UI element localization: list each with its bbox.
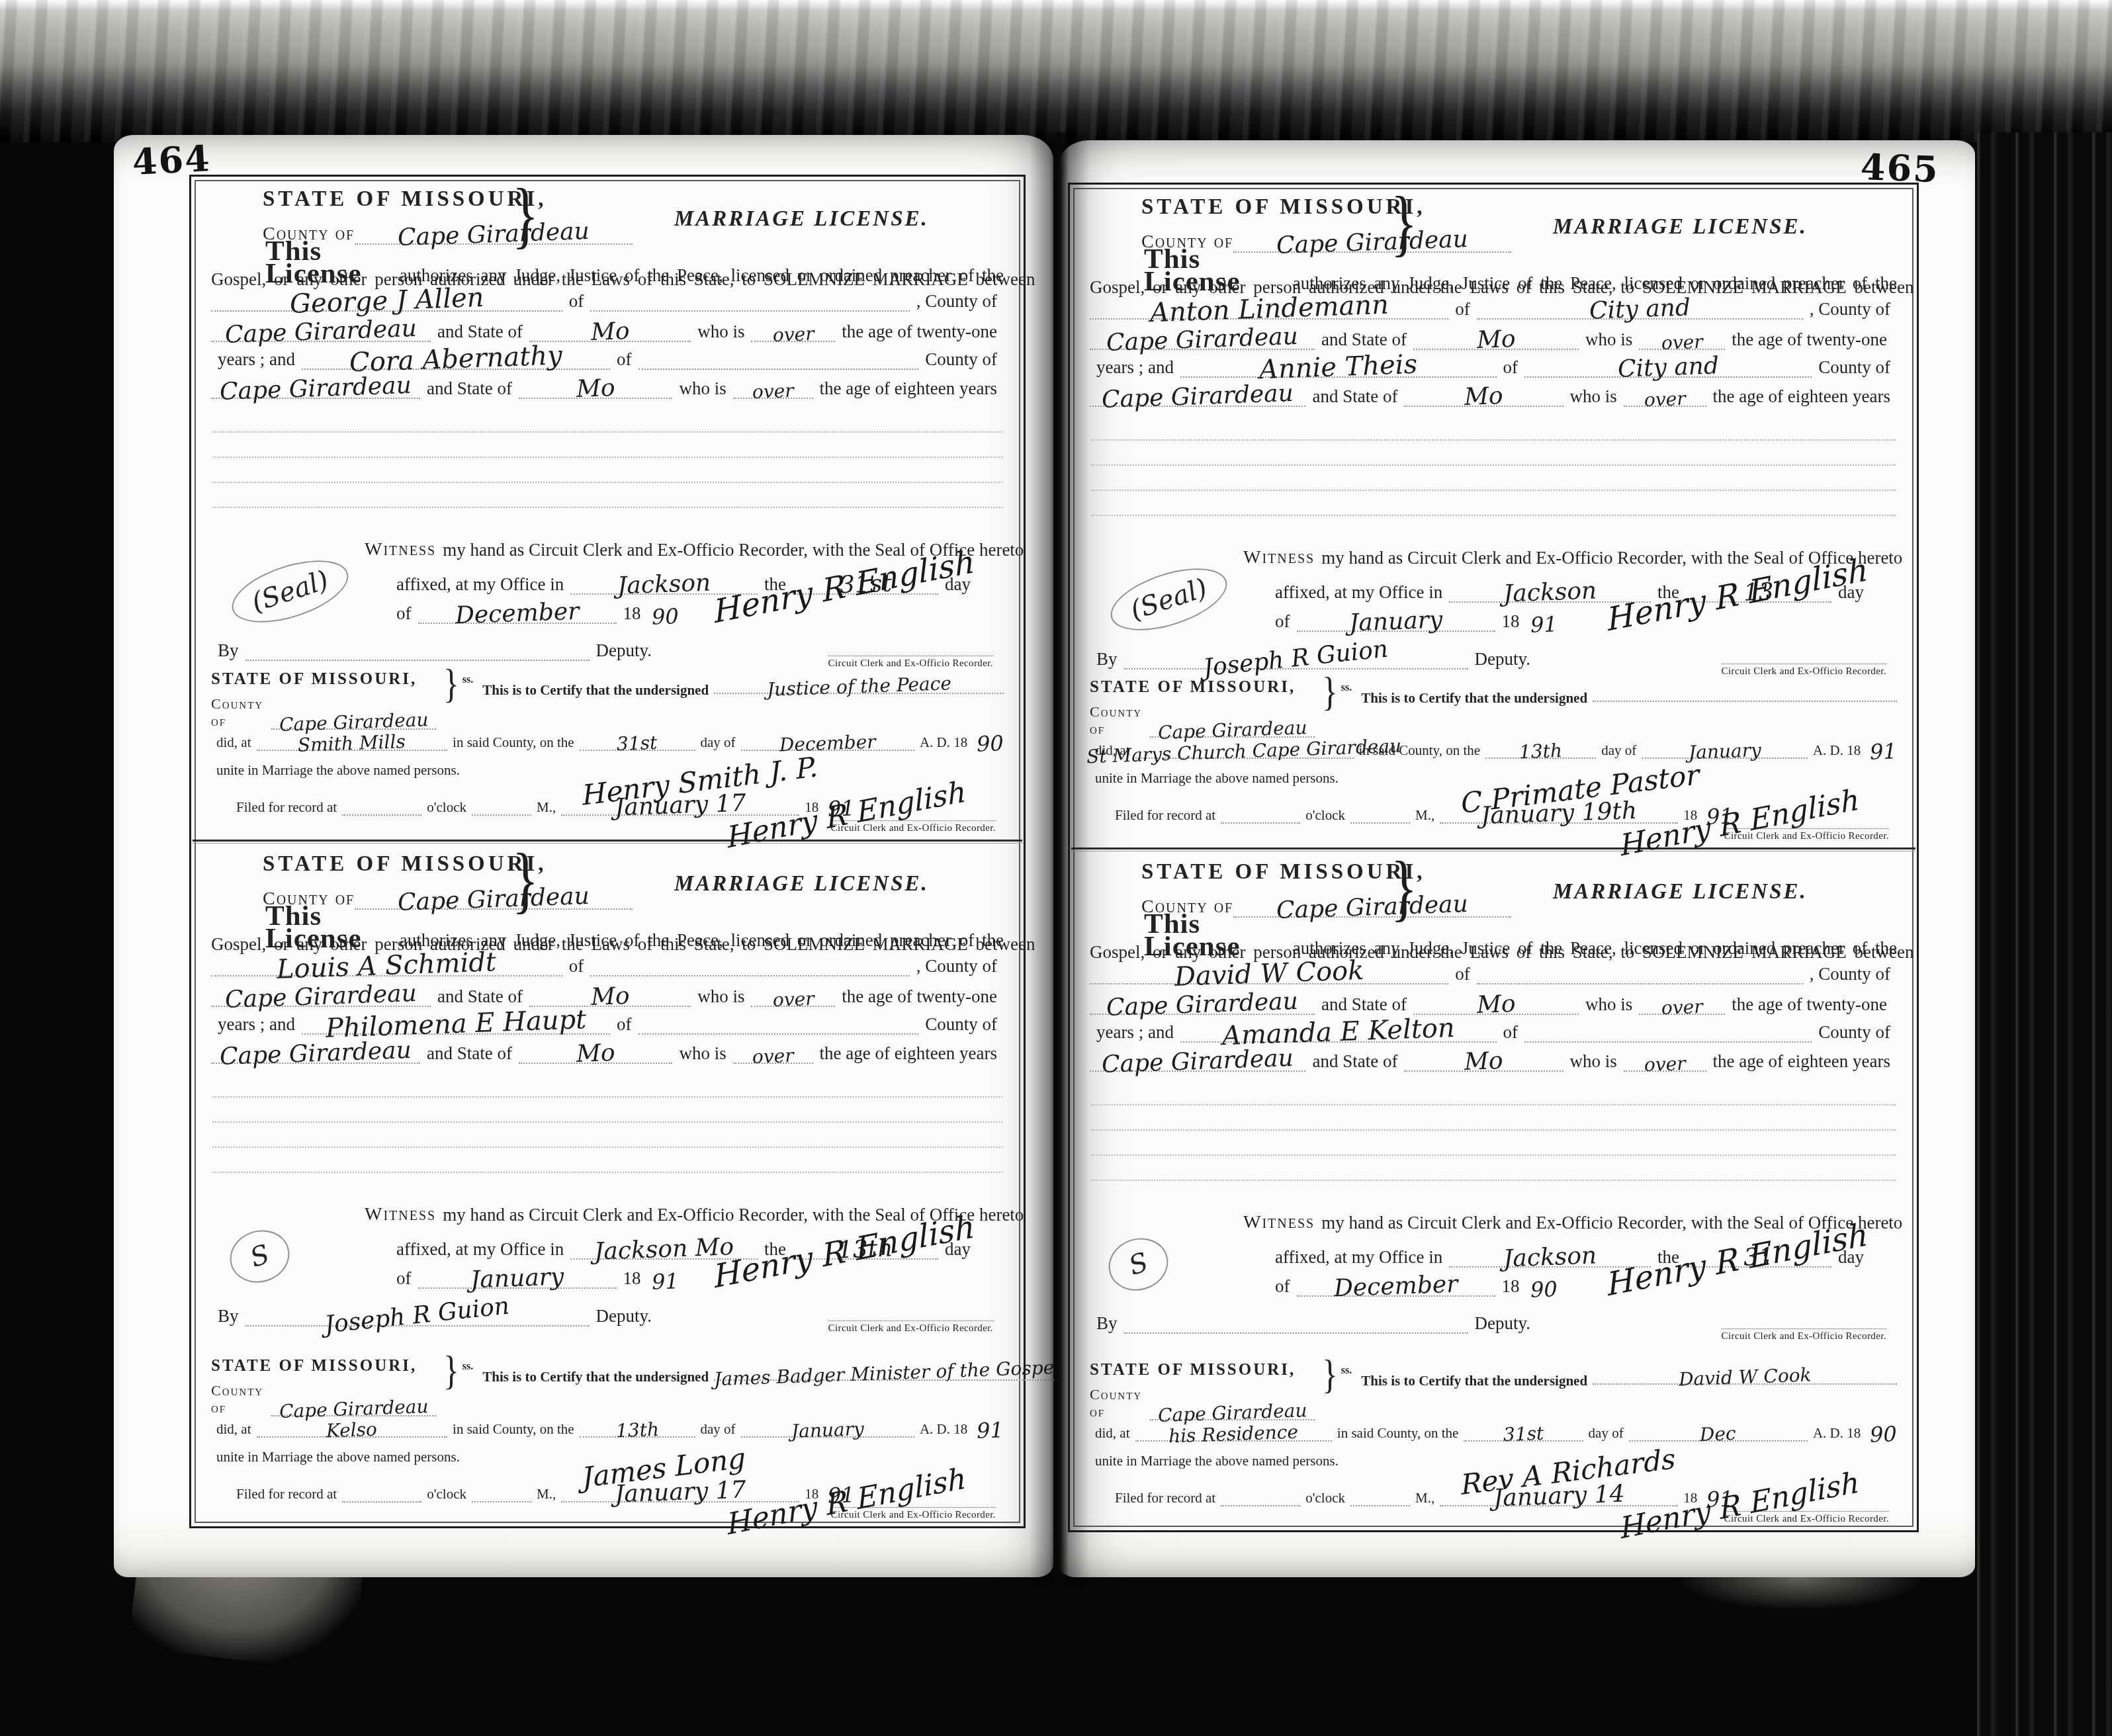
certify-county-slot: Cape Girardeau — [271, 706, 436, 730]
blank-line — [212, 1096, 1002, 1098]
groom-over: over — [772, 991, 814, 1008]
certify-brace-icon: } — [1322, 678, 1338, 707]
filed-label: Filed for record at — [1110, 1490, 1221, 1506]
office-year: 91 — [651, 1272, 679, 1291]
who-is-label: who is — [1579, 329, 1639, 350]
paragraph-text-2: Gospel, or any other person authorized u… — [211, 269, 1035, 290]
marriage-month-slot: January — [741, 1414, 914, 1438]
age-21-label: the age of twenty-one — [1725, 329, 1894, 350]
filed-meridiem-slot — [1350, 800, 1410, 824]
groom-state-slot: Mo — [529, 318, 691, 342]
marriage-day: 31st — [1503, 1426, 1544, 1443]
groom-name: David W Cook — [1174, 959, 1364, 988]
marriage-month: January — [791, 1421, 864, 1440]
county-of-label: County of — [1812, 357, 1897, 378]
deputy-label: Deputy. — [1468, 649, 1537, 670]
bride-county-row: Cape Girardeau and State of Mo who is ov… — [211, 375, 1004, 399]
bride-name-slot: Cora Abernathy — [302, 346, 610, 370]
of-label: of — [562, 956, 591, 976]
certify-county-line: County of Cape Girardeau — [1090, 1386, 1315, 1420]
certify-row: STATE OF MISSOURI, County of Cape Girard… — [211, 670, 1004, 730]
bride-name-slot: Amanda E Kelton — [1180, 1019, 1497, 1043]
marriage-year-group: A. D. 18 91 — [914, 1421, 1004, 1438]
seal-note: (Seal) — [224, 548, 355, 635]
form-frame-left: STATE OF MISSOURI, County of Cape Girard… — [189, 175, 1026, 1528]
and-state-of-label: and State of — [1305, 386, 1404, 407]
groom-over: over — [1661, 334, 1703, 351]
bride-over: over — [1644, 391, 1685, 408]
affixed-label: affixed, at my Office in — [1268, 582, 1449, 603]
office-place: Jackson — [1503, 1246, 1597, 1270]
ad-18-label: A. D. 18 — [1808, 1425, 1866, 1442]
age-18-label: the age of eighteen years — [1706, 386, 1897, 407]
marriage-month: Dec — [1700, 1426, 1737, 1443]
county-of-label: , County of — [910, 956, 1004, 976]
marriage-day: 13th — [615, 1422, 659, 1439]
m-label: M., — [1410, 1490, 1440, 1506]
groom-state: Mo — [590, 986, 630, 1008]
who-is-label: who is — [1563, 386, 1624, 407]
marriage-license-form: STATE OF MISSOURI, County of Cape Girard… — [191, 177, 1024, 840]
bride-row: years ; and Cora Abernathy of County of — [211, 346, 1004, 370]
filed-label: Filed for record at — [1110, 807, 1221, 824]
bride-over-slot: over — [733, 1040, 813, 1064]
groom-county-row: Cape Girardeau and State of Mo who is ov… — [211, 983, 1004, 1007]
groom-over: over — [772, 326, 814, 343]
state-heading: STATE OF MISSOURI, — [263, 187, 633, 212]
marriage-day: 31st — [617, 735, 658, 752]
seal-note: S — [1102, 1231, 1175, 1298]
blank-line — [1091, 515, 1896, 516]
groom-residence-slot — [590, 953, 910, 976]
marriage-place-slot: Smith Mills — [257, 727, 448, 751]
did-at-label: did, at — [211, 734, 257, 751]
groom-residence: City and — [1589, 298, 1691, 322]
blank-line — [212, 456, 1002, 458]
blank-line — [1091, 1180, 1896, 1181]
groom-county-row: Cape Girardeau and State of Mo who is ov… — [1090, 326, 1897, 350]
marriage-license-form: STATE OF MISSOURI, County of Cape Girard… — [191, 842, 1024, 1526]
bride-county-slot: Cape Girardeau — [1090, 1048, 1305, 1072]
undersigned-value: David W Cook — [1678, 1367, 1811, 1388]
deputy-row: By Deputy. — [1090, 1310, 1897, 1334]
blank-line — [212, 482, 1002, 483]
groom-county-slot: Cape Girardeau — [211, 318, 431, 342]
deputy-slot — [245, 637, 590, 661]
oclock-label: o'clock — [421, 1486, 472, 1502]
office-month-slot: January — [1297, 608, 1495, 632]
blank-line — [1091, 1154, 1896, 1156]
marriage-detail-row: did, at Smith Mills in said County, on t… — [211, 727, 1004, 751]
who-is-label: who is — [1579, 994, 1639, 1015]
marriage-place: Smith Mills — [298, 734, 406, 753]
groom-state: Mo — [1476, 994, 1516, 1016]
office-year-group: 18 91 — [617, 1268, 679, 1289]
age-21-label: the age of twenty-one — [835, 322, 1004, 342]
deputy-slot — [1124, 1310, 1468, 1334]
years-and-label: years ; and — [1090, 1022, 1180, 1043]
and-state-of-label: and State of — [420, 378, 519, 399]
marriage-year: 90 — [977, 734, 1004, 754]
office-year-group: 18 90 — [617, 603, 679, 624]
certify-state-heading: STATE OF MISSOURI, — [211, 1357, 436, 1375]
in-said-county-label: in said County, on the — [1332, 1425, 1464, 1442]
office-month-row: of December 18 90 — [390, 600, 1004, 624]
groom-county: Cape Girardeau — [1106, 327, 1299, 354]
groom-over-slot: over — [1639, 991, 1725, 1015]
who-is-label: who is — [691, 322, 751, 342]
and-state-of-label: and State of — [1315, 329, 1413, 350]
license-paragraph-line2: Gospel, or any other person authorized u… — [211, 269, 1004, 290]
who-is-label: who is — [672, 1043, 732, 1064]
oclock-label: o'clock — [421, 799, 472, 816]
bride-county-slot: Cape Girardeau — [211, 1040, 420, 1064]
printed-18: 18 — [1495, 611, 1526, 632]
certify-left-block: STATE OF MISSOURI, County of Cape Girard… — [211, 1357, 436, 1416]
groom-name-slot: David W Cook — [1090, 961, 1448, 984]
bride-county-slot: Cape Girardeau — [1090, 383, 1305, 407]
m-label: M., — [531, 1486, 561, 1502]
of-label: of — [1497, 1022, 1525, 1043]
day-of-label: day of — [1583, 1425, 1629, 1442]
state-heading: STATE OF MISSOURI, — [1141, 860, 1511, 885]
groom-county-row: Cape Girardeau and State of Mo who is ov… — [211, 318, 1004, 342]
groom-state: Mo — [590, 322, 630, 343]
certify-text: This is to Certify that the undersigned — [482, 682, 714, 699]
groom-county-row: Cape Girardeau and State of Mo who is ov… — [1090, 991, 1897, 1015]
office-month-row: of December 18 90 — [1268, 1273, 1897, 1297]
and-state-of-label: and State of — [1305, 1051, 1404, 1072]
license-paragraph-line2: Gospel, or any other person authorized u… — [1090, 277, 1897, 298]
page-left: 464 STATE OF MISSOURI, County of Cape Gi… — [114, 135, 1053, 1577]
bride-state-slot: Mo — [1404, 383, 1563, 407]
years-and-label: years ; and — [211, 1014, 302, 1035]
blank-line — [212, 507, 1002, 508]
certify-brace-icon: } — [443, 1357, 459, 1385]
marriage-detail-row: did, at Kelso in said County, on the 13t… — [211, 1414, 1004, 1438]
marriage-license-title: MARRIAGE LICENSE. — [674, 872, 929, 896]
bride-name-slot: Philomena E Haupt — [302, 1011, 610, 1035]
printed-18: 18 — [617, 603, 648, 624]
county-of-label: , County of — [910, 291, 1004, 312]
filed-label: Filed for record at — [231, 1486, 342, 1502]
marriage-month-slot: Dec — [1629, 1418, 1808, 1442]
marriage-place-slot: Kelso — [257, 1414, 448, 1438]
groom-over: over — [1661, 999, 1703, 1016]
witness-word: Witness — [365, 539, 436, 560]
day-of-label: day of — [695, 1421, 741, 1438]
certify-text: This is to Certify that the undersigned — [1361, 1373, 1593, 1389]
of-label: of — [390, 1268, 418, 1289]
marriage-place: his Residence — [1168, 1424, 1299, 1445]
marriage-detail-row: did, at St Marys Church Cape Girardeau i… — [1090, 735, 1897, 759]
book-page-edges-texture — [1977, 132, 2112, 1736]
blank-line — [1091, 490, 1896, 491]
by-label: By — [211, 640, 245, 661]
scan-top-texture — [0, 0, 2112, 142]
certify-county-slot: Cape Girardeau — [271, 1393, 436, 1416]
form-frame-right: STATE OF MISSOURI, County of Cape Girard… — [1068, 183, 1919, 1532]
groom-row: Louis A Schmidt of , County of — [211, 953, 1004, 976]
marriage-license-form: STATE OF MISSOURI, County of Cape Girard… — [1070, 849, 1917, 1530]
certify-county-line: County of Cape Girardeau — [211, 1382, 436, 1416]
printed-18: 18 — [1495, 1276, 1526, 1297]
in-said-county-label: in said County, on the — [447, 1421, 580, 1438]
deputy-row: By Joseph R Guion Deputy. — [211, 1302, 1004, 1326]
blank-line — [1091, 439, 1896, 441]
and-state-of-label: and State of — [420, 1043, 519, 1064]
office-month-slot: December — [418, 600, 617, 624]
bride-county: Cape Girardeau — [1102, 1049, 1294, 1076]
office-year: 91 — [1530, 615, 1558, 634]
m-label: M., — [1410, 807, 1440, 824]
bride-state: Mo — [1464, 386, 1504, 408]
groom-county-slot: Cape Girardeau — [1090, 326, 1315, 350]
certify-left-block: STATE OF MISSOURI, County of Cape Girard… — [1090, 1361, 1315, 1420]
certify-brace-icon: } — [443, 670, 459, 699]
of-label: of — [1497, 357, 1525, 378]
marriage-year-group: A. D. 18 91 — [1808, 742, 1897, 759]
county-of-label: , County of — [1803, 964, 1897, 984]
marriage-day-slot: 13th — [1485, 735, 1596, 759]
office-year: 90 — [1530, 1280, 1558, 1299]
bride-county-row: Cape Girardeau and State of Mo who is ov… — [1090, 1048, 1897, 1072]
groom-name-slot: Anton Lindemann — [1090, 296, 1448, 320]
seal-note: (Seal) — [1103, 556, 1234, 643]
bride-residence-slot — [638, 346, 919, 370]
certify-county-line: County of Cape Girardeau — [211, 695, 436, 730]
age-18-label: the age of eighteen years — [813, 378, 1004, 399]
office-place: Jackson — [617, 574, 711, 597]
marriage-day-slot: 31st — [1464, 1418, 1583, 1442]
bride-state-slot: Mo — [1404, 1048, 1563, 1072]
who-is-label: who is — [1563, 1051, 1624, 1072]
filed-time-slot — [1221, 1483, 1300, 1506]
deputy-label: Deputy. — [590, 1306, 658, 1326]
ss-label: ss. — [462, 1361, 473, 1373]
groom-residence-slot: City and — [1477, 296, 1803, 320]
office-month-slot: January — [418, 1265, 617, 1289]
marriage-year: 90 — [1870, 1425, 1898, 1444]
ss-label: ss. — [1341, 682, 1352, 694]
ad-18-label: A. D. 18 — [1808, 742, 1866, 759]
license-paragraph-line2: Gospel, or any other person authorized u… — [211, 934, 1004, 955]
office-year-group: 18 90 — [1495, 1276, 1558, 1297]
of-label: of — [610, 1014, 638, 1035]
groom-residence-slot — [590, 288, 910, 312]
did-at-label: did, at — [1090, 1425, 1135, 1442]
certify-county-line: County of Cape Girardeau — [1090, 703, 1315, 738]
by-label: By — [1090, 1313, 1124, 1334]
certify-brace-icon: } — [1322, 1361, 1338, 1389]
and-state-of-label: and State of — [1315, 994, 1413, 1015]
marriage-year-group: A. D. 18 90 — [1808, 1425, 1897, 1442]
county-of-label: County of — [918, 349, 1004, 370]
groom-county-slot: Cape Girardeau — [211, 983, 431, 1007]
paragraph-text-2: Gospel, or any other person authorized u… — [1090, 942, 1914, 963]
page-right: 465 STATE OF MISSOURI, County of Cape Gi… — [1059, 140, 1975, 1577]
bride-county-slot: Cape Girardeau — [211, 375, 420, 399]
filed-clerk-signature: Henry R English — [726, 1461, 967, 1541]
groom-state-slot: Mo — [1413, 991, 1579, 1015]
certify-county-label: County of — [211, 695, 271, 730]
groom-name: George J Allen — [289, 286, 484, 316]
undersigned-slot: Justice of the Peace — [714, 670, 1004, 694]
certify-state-heading: STATE OF MISSOURI, — [211, 670, 436, 689]
certify-left-block: STATE OF MISSOURI, County of Cape Girard… — [211, 670, 436, 730]
bride-state-slot: Mo — [519, 375, 672, 399]
bride-over-slot: over — [1624, 1048, 1706, 1072]
groom-over-slot: over — [751, 983, 835, 1007]
of-label: of — [1268, 1276, 1297, 1297]
filed-time-slot — [1221, 800, 1300, 824]
blank-line — [1091, 464, 1896, 466]
marriage-license-form: STATE OF MISSOURI, County of Cape Girard… — [1070, 185, 1917, 847]
of-label: of — [610, 349, 638, 370]
groom-county: Cape Girardeau — [225, 984, 418, 1011]
bride-over: over — [752, 1048, 793, 1065]
marriage-license-title: MARRIAGE LICENSE. — [1553, 215, 1808, 239]
filed-time-slot — [342, 1479, 421, 1502]
blank-line — [212, 431, 1002, 433]
bride-state: Mo — [576, 378, 615, 400]
certify-left-block: STATE OF MISSOURI, County of Cape Girard… — [1090, 678, 1315, 738]
groom-over-slot: over — [751, 318, 835, 342]
certify-county-slot: Cape Girardeau — [1150, 1397, 1315, 1420]
marriage-license-title: MARRIAGE LICENSE. — [1553, 880, 1808, 904]
affixed-label: affixed, at my Office in — [390, 1239, 570, 1260]
blank-line — [212, 1172, 1002, 1173]
office-month: January — [470, 1268, 564, 1291]
years-and-label: years ; and — [211, 349, 302, 370]
bride-county-row: Cape Girardeau and State of Mo who is ov… — [1090, 383, 1897, 407]
bride-state: Mo — [576, 1043, 615, 1065]
groom-county: Cape Girardeau — [225, 319, 418, 346]
and-state-of-label: and State of — [431, 986, 529, 1007]
bride-name: Philomena E Haupt — [325, 1008, 586, 1040]
paragraph-text-2: Gospel, or any other person authorized u… — [1090, 277, 1914, 298]
bride-county: Cape Girardeau — [220, 376, 412, 403]
certify-state-heading: STATE OF MISSOURI, — [1090, 678, 1315, 697]
certify-state-heading: STATE OF MISSOURI, — [1090, 1361, 1315, 1379]
ss-label: ss. — [1341, 1365, 1352, 1377]
marriage-day-slot: 13th — [580, 1414, 695, 1438]
marriage-month-slot: January — [1642, 735, 1808, 759]
seal-note: S — [223, 1223, 296, 1290]
of-label: of — [390, 603, 418, 624]
who-is-label: who is — [691, 986, 751, 1007]
witness-word: Witness — [1243, 1212, 1315, 1233]
bride-residence-slot: City and — [1524, 354, 1812, 378]
groom-name: Anton Lindemann — [1149, 294, 1389, 325]
undersigned-value: James Badger Minister of the Gospel — [714, 1360, 1061, 1387]
deputy-signature: Joseph R Guion — [324, 1292, 511, 1338]
certify-row: STATE OF MISSOURI, County of Cape Girard… — [1090, 678, 1897, 738]
filed-meridiem-slot — [472, 1479, 531, 1502]
certify-text: This is to Certify that the undersigned — [1361, 690, 1593, 707]
undersigned-slot — [1593, 678, 1897, 702]
affixed-label: affixed, at my Office in — [390, 574, 570, 595]
bride-name: Cora Abernathy — [349, 344, 563, 374]
groom-name: Louis A Schmidt — [277, 951, 497, 981]
day-of-label: day of — [695, 734, 741, 751]
deputy-label: Deputy. — [590, 640, 658, 661]
day-of-label: day of — [1596, 742, 1642, 759]
by-label: By — [211, 1306, 245, 1326]
office-month-slot: December — [1297, 1273, 1495, 1297]
bride-row: years ; and Amanda E Kelton of County of — [1090, 1019, 1897, 1043]
office-year-group: 18 91 — [1495, 611, 1558, 632]
of-label: of — [1268, 611, 1297, 632]
in-said-county-label: in said County, on the — [447, 734, 580, 751]
marriage-month: January — [1688, 742, 1761, 761]
deputy-slot: Joseph R Guion — [245, 1302, 590, 1326]
bride-name-slot: Annie Theis — [1180, 354, 1497, 378]
marriage-day-slot: 31st — [580, 727, 695, 751]
blank-line — [212, 1121, 1002, 1123]
deputy-slot: Joseph R Guion — [1124, 645, 1468, 670]
groom-state: Mo — [1476, 329, 1516, 351]
state-heading: STATE OF MISSOURI, — [263, 852, 633, 877]
license-paragraph-line2: Gospel, or any other person authorized u… — [1090, 942, 1897, 963]
office-month: January — [1348, 611, 1442, 634]
age-21-label: the age of twenty-one — [835, 986, 1004, 1007]
of-label: of — [1448, 299, 1477, 320]
county-of-label: County of — [1812, 1022, 1897, 1043]
marriage-year-group: A. D. 18 90 — [914, 734, 1004, 751]
filed-meridiem-slot — [1350, 1483, 1410, 1506]
deputy-row: By Deputy. — [211, 637, 1004, 661]
groom-name-slot: Louis A Schmidt — [211, 953, 562, 976]
certify-county-label: County of — [1090, 703, 1150, 738]
and-state-of-label: and State of — [431, 322, 529, 342]
undersigned-slot: David W Cook — [1593, 1361, 1897, 1385]
witness-word: Witness — [365, 1204, 436, 1225]
bride-over: over — [752, 383, 793, 400]
filed-meridiem-slot — [472, 792, 531, 816]
office-month-row: of January 18 91 — [390, 1265, 1004, 1289]
of-label: of — [562, 291, 591, 312]
groom-state-slot: Mo — [529, 983, 691, 1007]
deputy-label: Deputy. — [1468, 1313, 1537, 1334]
marriage-year: 91 — [1870, 742, 1898, 761]
oclock-label: o'clock — [1300, 807, 1350, 824]
county-of-label: , County of — [1803, 299, 1897, 320]
bride-residence-slot — [638, 1011, 919, 1035]
ad-18-label: A. D. 18 — [914, 1421, 973, 1438]
witness-word: Witness — [1243, 547, 1315, 568]
office-month: December — [455, 602, 579, 627]
who-is-label: who is — [672, 378, 732, 399]
groom-row: George J Allen of , County of — [211, 288, 1004, 312]
blank-line — [212, 1147, 1002, 1148]
bride-over-slot: over — [1624, 383, 1706, 407]
unite-label: unite in Marriage the above named person… — [211, 762, 465, 779]
groom-county-slot: Cape Girardeau — [1090, 991, 1315, 1015]
m-label: M., — [531, 799, 561, 816]
marriage-year: 91 — [977, 1421, 1004, 1440]
age-18-label: the age of eighteen years — [813, 1043, 1004, 1064]
marriage-month-slot: December — [741, 727, 914, 751]
filed-label: Filed for record at — [231, 799, 342, 816]
bride-state-slot: Mo — [519, 1040, 672, 1064]
groom-over-slot: over — [1639, 326, 1725, 350]
blank-line — [1091, 1104, 1896, 1106]
deputy-signature: Joseph R Guion — [1202, 635, 1389, 681]
office-place: Jackson — [1503, 582, 1597, 605]
age-18-label: the age of eighteen years — [1706, 1051, 1897, 1072]
bride-row: years ; and Philomena E Haupt of County … — [211, 1011, 1004, 1035]
